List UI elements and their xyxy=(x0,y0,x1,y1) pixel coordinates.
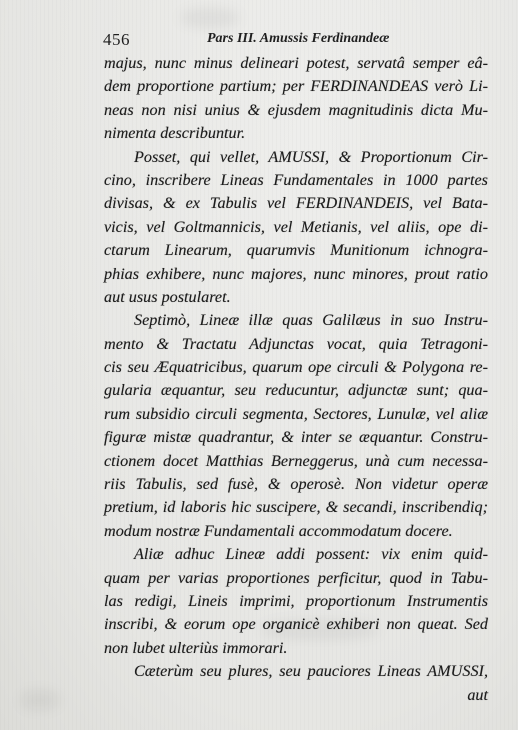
text-line: nimenta describuntur. xyxy=(104,122,488,145)
text-line: las redigi, Lineis imprimi, proportionum… xyxy=(104,590,488,613)
text-line: riis Tabulis, sed fusè, & operosè. Non v… xyxy=(104,473,488,496)
text-line: gularia æquantur, seu reducuntur, adjunc… xyxy=(104,379,488,402)
text-line: neas non nisi unius & ejusdem magnitudin… xyxy=(104,99,488,122)
text-line: rum subsidio circuli segmenta, Sectores,… xyxy=(104,403,488,426)
text-line: figuræ mistæ quadrantur, & inter se æqua… xyxy=(104,426,488,449)
page-header: 456 Pars III. Amussis Ferdinandeæ xyxy=(103,30,493,52)
text-line: ctarum Linearum, quarumvis Munitionum ic… xyxy=(104,239,488,262)
text-line: mento & Tractatu Adjunctas vocat, quia T… xyxy=(104,333,488,356)
text-line: majus, nunc minus delineari potest, serv… xyxy=(104,52,488,75)
catchword: aut xyxy=(104,684,488,707)
body-text: majus, nunc minus delineari potest, serv… xyxy=(104,52,488,707)
text-line: cino, inscribere Lineas Fundamentales in… xyxy=(104,169,488,192)
text-line: vicis, vel Goltmannicis, vel Metianis, v… xyxy=(104,216,488,239)
text-line: Posset, qui vellet, AMUSSI, & Proportion… xyxy=(104,146,488,169)
text-line: aut usus postularet. xyxy=(104,286,488,309)
show-through-stain xyxy=(20,690,60,710)
page-number: 456 xyxy=(103,30,130,50)
text-line: pretium, id laboris hic suscipere, & sec… xyxy=(104,496,488,519)
text-line: inscribi, & eorum ope organicè exhiberi … xyxy=(104,613,488,636)
text-line: cis seu Æquatricibus, quarum ope circuli… xyxy=(104,356,488,379)
text-line: dem proportione partium; per FERDINANDEA… xyxy=(104,75,488,98)
text-line: Aliæ adhuc Lineæ addi possent: vix enim … xyxy=(104,543,488,566)
text-line: divisas, & ex Tabulis vel FERDINANDEIS, … xyxy=(104,192,488,215)
running-title: Pars III. Amussis Ferdinandeæ xyxy=(207,31,389,47)
text-line: modum nostræ Fundamentali accommodatum d… xyxy=(104,520,488,543)
text-line: Cæterùm seu plures, seu pauciores Lineas… xyxy=(104,660,488,683)
text-line: non lubet ulteriùs immorari. xyxy=(104,637,488,660)
text-line: quam per varias proportiones perficitur,… xyxy=(104,567,488,590)
text-line: phias exhibere, nunc majores, nunc minor… xyxy=(104,263,488,286)
book-page: 456 Pars III. Amussis Ferdinandeæ majus,… xyxy=(0,0,518,730)
show-through-stain xyxy=(180,8,240,28)
text-line: Septimò, Lineæ illæ quas Galilæus in suo… xyxy=(104,309,488,332)
text-line: ctionem docet Matthias Berneggerus, unà … xyxy=(104,450,488,473)
